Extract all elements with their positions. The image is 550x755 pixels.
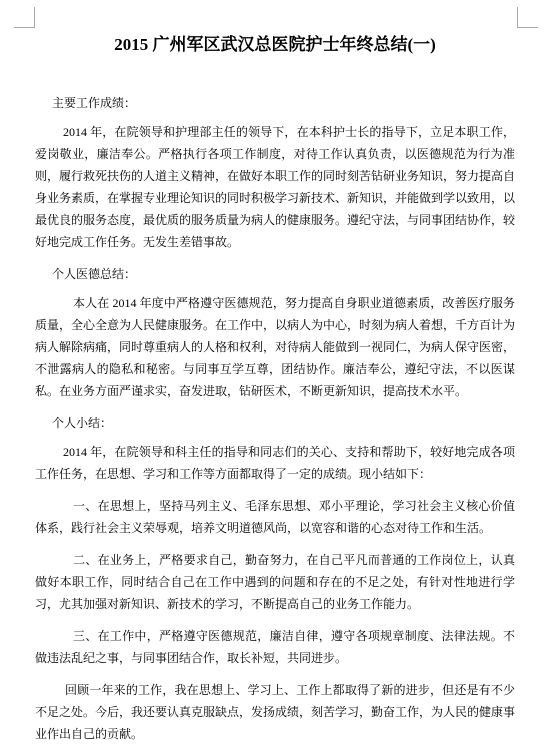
margin-crop-mark-top-right: [517, 7, 538, 28]
document-body: 2015 广州军区武汉总医院护士年终总结(一) 主要工作成绩： 2014 年，在…: [35, 0, 515, 755]
paragraph-work-achievements: 2014 年，在院领导和护理部主任的领导下，在本科护士长的指导下，立足本职工作，…: [35, 121, 515, 253]
word-document-page[interactable]: 2015 广州军区武汉总医院护士年终总结(一) 主要工作成绩： 2014 年，在…: [0, 0, 550, 755]
document-title: 2015 广州军区武汉总医院护士年终总结(一): [35, 34, 515, 56]
section-label-work-achievements: 主要工作成绩：: [35, 92, 515, 114]
section-label-medical-ethics: 个人医德总结：: [35, 263, 515, 285]
paragraph-medical-ethics: 本人在 2014 年度中严格遵守医德规范，努力提高自身职业道德素质，改善医疗服务…: [35, 292, 515, 402]
paragraph-point-3-discipline: 三、在工作中，严格遵守医德规范，廉洁自律，遵守各项规章制度、法律法规。不做违法乱…: [35, 625, 515, 669]
paragraph-point-1-ideology: 一、在思想上，坚持马列主义、毛泽东思想、邓小平理论，学习社会主义核心价值体系，践…: [35, 495, 515, 539]
paragraph-point-2-professional: 二、在业务上，严格要求自己，勤奋努力，在自己平凡而普通的工作岗位上，认真做好本职…: [35, 549, 515, 615]
section-label-personal-summary: 个人小结：: [35, 412, 515, 434]
paragraph-summary-intro: 2014 年，在院领导和科主任的指导和同志们的关心、支持和帮助下，较好地完成各项…: [35, 441, 515, 485]
paragraph-conclusion: 回顾一年来的工作，我在思想上、学习上、工作上都取得了新的进步，但还是有不少不足之…: [35, 679, 515, 745]
margin-crop-mark-top-left: [14, 7, 35, 28]
